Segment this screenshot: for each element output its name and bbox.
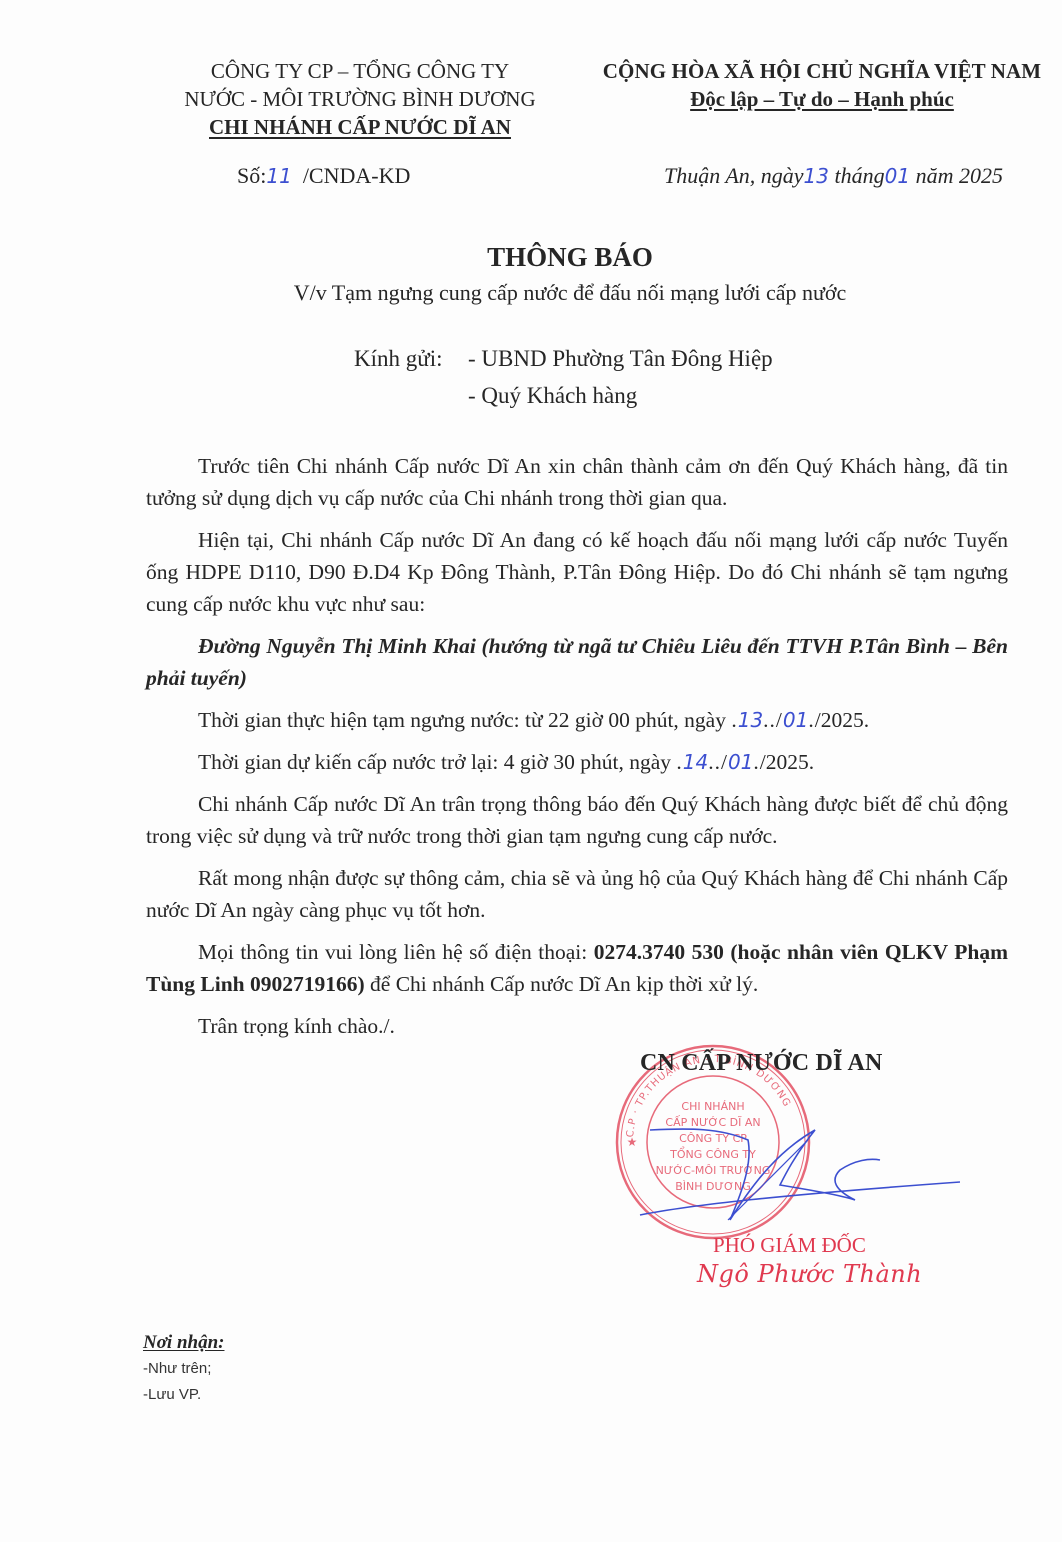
recipients-footer-item: -Như trên;	[143, 1356, 224, 1382]
recipient-item: - Quý Khách hàng	[468, 383, 637, 408]
document-body: Trước tiên Chi nhánh Cấp nước Dĩ An xin …	[146, 450, 1008, 1052]
doc-number-suffix: /CNDA-KD	[303, 163, 411, 188]
recipients-footer-item: -Lưu VP.	[143, 1382, 224, 1408]
date-month-label: tháng	[835, 163, 885, 188]
paragraph-appreciation: Rất mong nhận được sự thông cảm, chia sẽ…	[146, 862, 1008, 926]
contact-pre: Mọi thông tin vui lòng liên hệ số điện t…	[198, 940, 594, 964]
recipients-label: Kính gửi:	[354, 340, 468, 377]
handwritten-signature-icon	[630, 1110, 960, 1230]
signing-organization: CN CẤP NƯỚC DĨ AN	[640, 1050, 883, 1077]
document-number: Số:11 /CNDA-KD	[237, 163, 410, 189]
doc-number-handwritten: 11	[266, 164, 291, 188]
stop-time-text: Thời gian thực hiện tạm ngưng nước: từ 2…	[198, 708, 726, 732]
date-year: năm 2025	[916, 163, 1003, 188]
contact-post: để Chi nhánh Cấp nước Dĩ An kịp thời xử …	[365, 972, 759, 996]
stop-month: 01	[783, 708, 808, 732]
paragraph-plan: Hiện tại, Chi nhánh Cấp nước Dĩ An đang …	[146, 524, 1008, 620]
doc-number-prefix: Số:	[237, 163, 266, 188]
resume-time: Thời gian dự kiến cấp nước trở lại: 4 gi…	[146, 746, 1008, 778]
nation-name: CỘNG HÒA XÃ HỘI CHỦ NGHĨA VIỆT NAM	[582, 57, 1062, 85]
issuer-block: CÔNG TY CP – TỔNG CÔNG TY NƯỚC - MÔI TRƯ…	[120, 57, 600, 141]
issuer-branch: CHI NHÁNH CẤP NƯỚC DĨ AN	[120, 113, 600, 141]
recipient-item: - UBND Phường Tân Đông Hiệp	[468, 346, 773, 371]
national-heading: CỘNG HÒA XÃ HỘI CHỦ NGHĨA VIỆT NAM Độc l…	[582, 57, 1062, 113]
recipients-footer: Nơi nhận: -Như trên; -Lưu VP.	[143, 1330, 224, 1408]
date-month: 01	[885, 164, 910, 188]
recipients-footer-heading: Nơi nhận:	[143, 1330, 224, 1356]
national-motto: Độc lập – Tự do – Hạnh phúc	[582, 85, 1062, 113]
paragraph-contact: Mọi thông tin vui lòng liên hệ số điện t…	[146, 936, 1008, 1000]
date-place: Thuận An, ngày	[664, 163, 804, 188]
signer-name: Ngô Phước Thành	[697, 1260, 922, 1288]
stop-day: 13	[738, 708, 763, 732]
resume-month: 01	[728, 750, 753, 774]
stop-year: /2025.	[815, 708, 869, 732]
date-line: Thuận An, ngày13 tháng01 năm 2025	[664, 163, 1003, 189]
issuer-line-2: NƯỚC - MÔI TRƯỜNG BÌNH DƯƠNG	[120, 85, 600, 113]
paragraph-thanks: Trước tiên Chi nhánh Cấp nước Dĩ An xin …	[146, 450, 1008, 514]
resume-year: /2025.	[760, 750, 814, 774]
resume-time-text: Thời gian dự kiến cấp nước trở lại: 4 gi…	[198, 750, 671, 774]
paragraph-notice: Chi nhánh Cấp nước Dĩ An trân trọng thôn…	[146, 788, 1008, 852]
document-subject: V/v Tạm ngưng cung cấp nước để đấu nối m…	[0, 280, 1062, 306]
issuer-line-1: CÔNG TY CP – TỔNG CÔNG TY	[120, 57, 600, 85]
closing: Trân trọng kính chào./.	[146, 1010, 1008, 1042]
date-day: 13	[804, 164, 829, 188]
resume-day: 14	[683, 750, 708, 774]
document-title: THÔNG BÁO	[0, 242, 1062, 273]
recipients-block: Kính gửi:- UBND Phường Tân Đông Hiệp - Q…	[354, 340, 773, 414]
stop-time: Thời gian thực hiện tạm ngưng nước: từ 2…	[146, 704, 1008, 736]
affected-area: Đường Nguyễn Thị Minh Khai (hướng từ ngã…	[146, 630, 1008, 694]
